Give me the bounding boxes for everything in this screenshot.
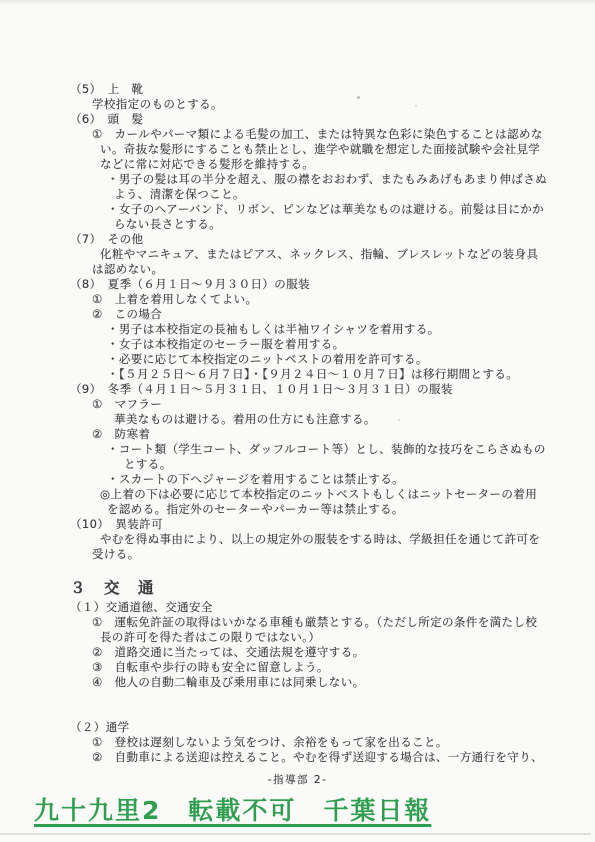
document-line: ・女子は本校指定のセーラー服を着用する。 [0,337,595,352]
scan-top-edge-shading [0,0,595,6]
document-body: （5） 上 靴学校指定のものとする。（6） 頭 髪① カールやパーマ類による毛髪… [0,82,595,765]
scan-bottom-edge-line [0,833,591,835]
scan-speckle [398,419,400,421]
document-line: よう、清潔を保つこと。 [0,187,595,202]
document-line: ④ 他人の自動二輪車及び乗用車には同乗しない。 [0,675,595,690]
document-line: （7） その他 [0,232,595,247]
scan-speckle [357,96,360,99]
document-line: い。奇抜な髪形にすることも禁止とし、進学や就職を想定した面接試験や会社見学 [0,142,595,157]
blank-line [0,690,595,705]
document-line: ・【５月２５日～６月７日】・【９月２４日～１０月７日】は移行期間とする。 [0,367,595,382]
blank-line [0,705,595,720]
document-line: 学校指定のものとする。 [0,97,595,112]
document-line: （10） 異装許可 [0,517,595,532]
document-line: ３ 交 通 [0,577,595,600]
document-line: ・スカートの下へジャージを着用することは禁止する。 [0,472,595,487]
document-line: ・女子のヘアーバンド、リボン、ピンなどは華美なものは避ける。前髪は目にかか [0,202,595,217]
document-line: （１）交通道徳、交通安全 [0,600,595,615]
page-footer-label: -指導部 2- [0,772,595,787]
document-line: ・男子は本校指定の長袖もしくは半袖ワイシャツを着用する。 [0,322,595,337]
document-line: ② 防寒着 [0,427,595,442]
document-line: ① 上着を着用しなくてよい。 [0,292,595,307]
document-line: ② 自動車による送迎は控えること。やむを得ず送迎する場合は、一方通行を守り、 [0,750,595,765]
document-line: ① 登校は遅刻しないよう気をつけ、余裕をもって家を出ること。 [0,735,595,750]
document-line: 長の許可を得た者はこの限りではない。） [0,630,595,645]
document-line: （5） 上 靴 [0,82,595,97]
blank-line [0,562,595,577]
document-line: 華美なものは避ける。着用の仕方にも注意する。 [0,412,595,427]
document-line: ② 道路交通に当たっては、交通法規を遵守する。 [0,645,595,660]
copyright-stamp: 九十九里2 転載不可 千葉日報 [34,791,431,827]
document-line: （6） 頭 髪 [0,112,595,127]
document-line: 化粧やマニキュア、またはピアス、ネックレス、指輪、ブレスレットなどの装身具 [0,247,595,262]
document-line: 受ける。 [0,547,595,562]
scan-speckle [415,105,417,107]
document-line: （8） 夏季（６月１日～９月３０日）の服装 [0,277,595,292]
document-line: は認めない。 [0,262,595,277]
document-line: やむを得ぬ事由により、以上の規定外の服装をする時は、学級担任を通じて許可を [0,532,595,547]
document-line: ・コート類（学生コート、ダッフルコート等）とし、装飾的な技巧をこらさぬもの [0,442,595,457]
document-line: （２）通学 [0,720,595,735]
document-line: を認める。指定外のセーターやパーカー等は禁止する。 [0,502,595,517]
document-line: とする。 [0,457,595,472]
document-line: ① マフラー [0,397,595,412]
document-line: ① カールやパーマ類による毛髪の加工、または特異な色彩に染色することは認めな [0,127,595,142]
document-line: ② この場合 [0,307,595,322]
document-line: などに常に対応できる髪形を維持する。 [0,157,595,172]
document-line: ・必要に応じて本校指定のニットベストの着用を許可する。 [0,352,595,367]
document-line: らない長さとする。 [0,217,595,232]
document-line: ◎上着の下は必要に応じて本校指定のニットベストもしくはニットセーターの着用 [0,487,595,502]
scanned-document-page: （5） 上 靴学校指定のものとする。（6） 頭 髪① カールやパーマ類による毛髪… [0,0,595,842]
document-line: ③ 自転車や歩行の時も安全に留意しよう。 [0,660,595,675]
document-line: （9） 冬季（４月１日～５月３１日、１０月１日～３月３１日）の服装 [0,382,595,397]
document-line: ① 運転免許証の取得はいかなる車種も厳禁とする。（ただし所定の条件を満たし校 [0,615,595,630]
document-line: ・男子の髪は耳の半分を超え、服の襟をおおわず、またもみあげもあまり伸ばさぬ [0,172,595,187]
